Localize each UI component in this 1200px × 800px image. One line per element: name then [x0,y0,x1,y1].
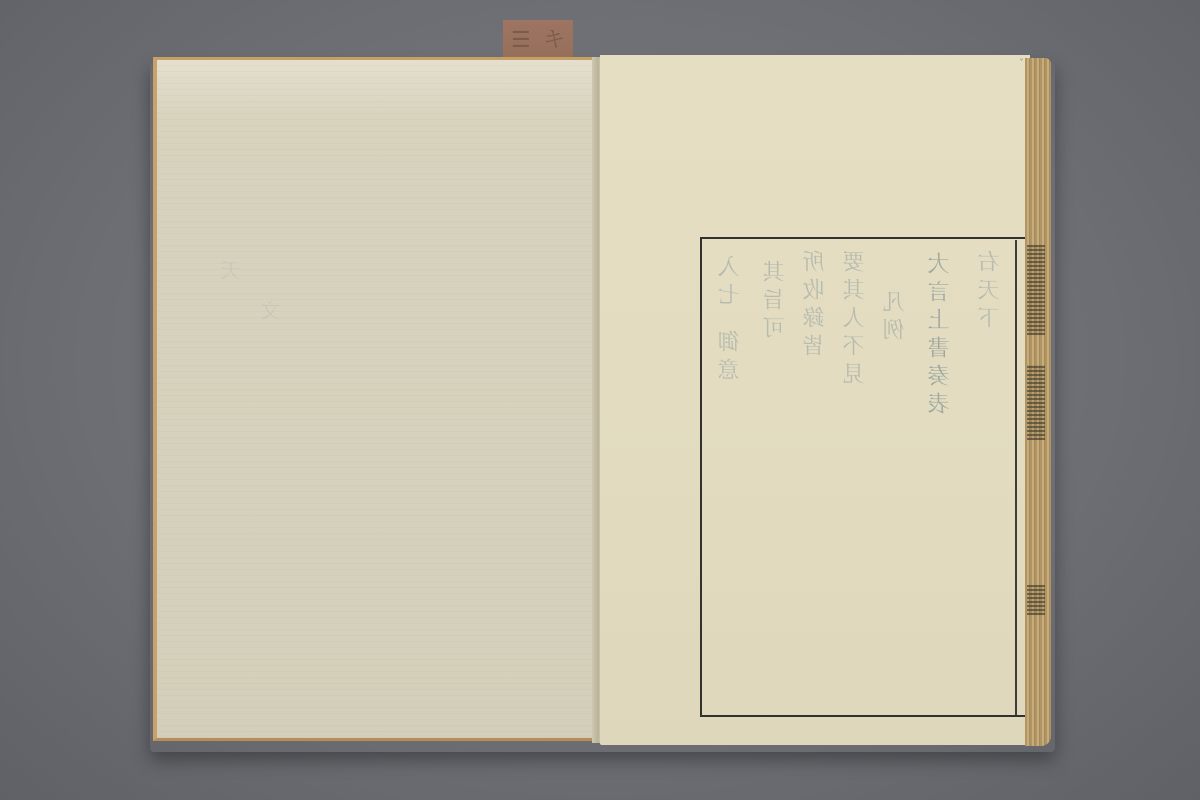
tag-mark-1: ☰ [511,30,531,52]
bleed-column-6: 其旨可 [760,260,791,344]
frame-center-line [1015,240,1017,715]
bleed-column-3: 凡例 [880,290,911,346]
left-bleed-text-2: 文 [257,300,286,328]
bleed-column-8: 御意 [715,330,746,386]
bleed-column-2: 大言上書奏表 [925,252,956,420]
bleed-column-5: 所收錄皆 [800,250,831,362]
edge-ink-mark-3 [1027,585,1045,615]
corner-pencil-mark: ˇ [1019,59,1024,70]
left-page: 天 文 [153,57,593,741]
tag-mark-2: キ [543,30,565,52]
edge-ink-mark-1 [1027,245,1045,335]
bleed-column-4: 要其人不見 [840,250,871,390]
bleed-column-7: 入七 [715,255,746,311]
bleed-column-1: 右天下 [975,250,1006,334]
left-bleed-text-1: 天 [217,260,246,288]
edge-ink-mark-2 [1027,365,1045,440]
